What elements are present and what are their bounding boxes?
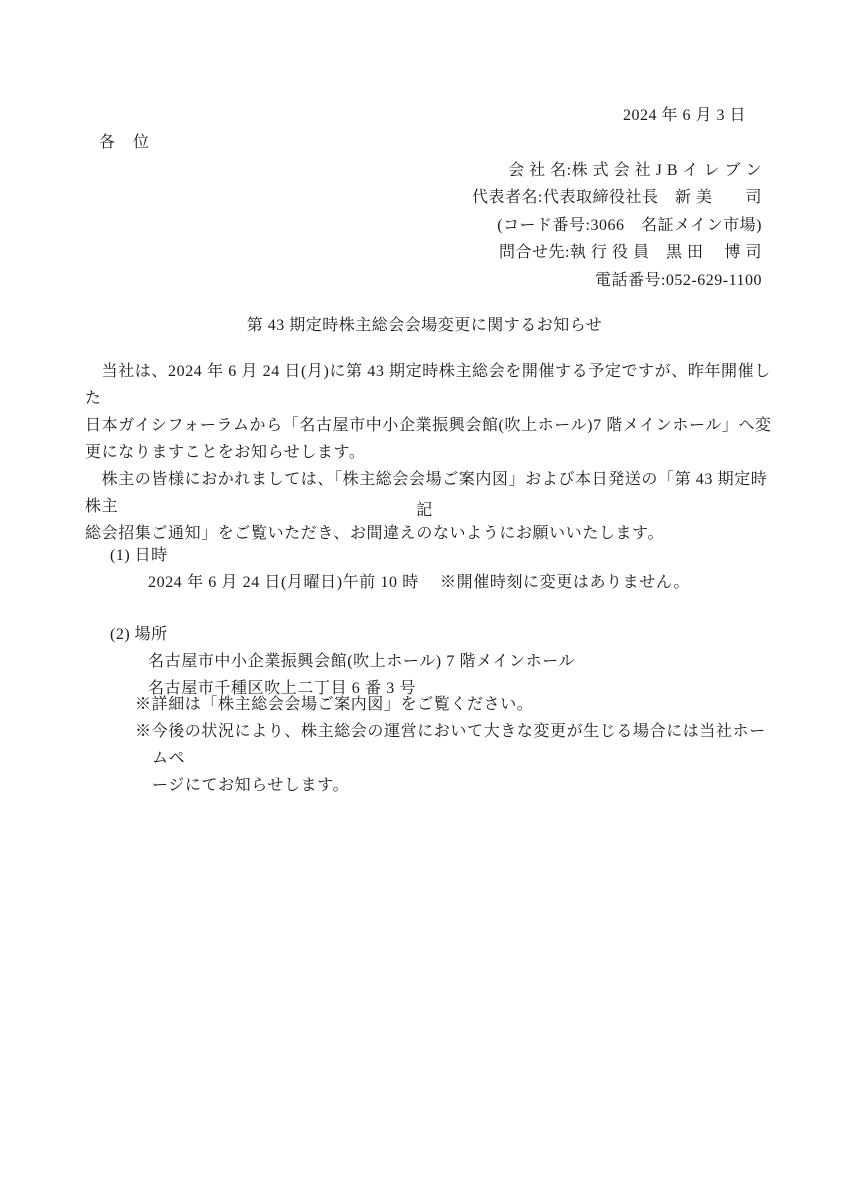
sender-phone-number: 電話番号:052-629-1100 [472,267,762,294]
detail-sections: (1) 日時 2024 年 6 月 24 日(月曜日)午前 10 時 ※開催時刻… [110,542,770,702]
footnotes: ※詳細は「株主総会会場ご案内図」をご覧ください。 ※今後の状況により、株主総会の… [135,691,775,799]
addressee: 各 位 [99,129,150,152]
footnote-guide-map: ※詳細は「株主総会会場ご案内図」をご覧ください。 [135,691,775,718]
sender-representative: 代表者名:代表取締役社長 新 美 司 [472,184,762,211]
section-datetime: (1) 日時 2024 年 6 月 24 日(月曜日)午前 10 時 ※開催時刻… [110,542,770,596]
sender-company-name: 会 社 名:株 式 会 社 J B イ レ ブ ン [472,157,762,184]
sender-info-block: 会 社 名:株 式 会 社 J B イ レ ブ ン 代表者名:代表取締役社長 新… [472,157,762,294]
sender-contact-person: 問合せ先:執 行 役 員 黒 田 博 司 [472,239,762,266]
section-venue: (2) 場所 名古屋市中小企業振興会館(吹上ホール) 7 階メインホール 名古屋… [110,621,770,702]
section-datetime-content: 2024 年 6 月 24 日(月曜日)午前 10 時 ※開催時刻に変更はありま… [148,569,770,596]
document-page: 2024 年 6 月 3 日 各 位 会 社 名:株 式 会 社 J B イ レ… [0,0,849,1200]
section-venue-heading: (2) 場所 [110,621,770,648]
body-paragraph-1: 当社は、2024 年 6 月 24 日(月)に第 43 期定時株主総会を開催する… [85,358,773,466]
record-marker: 記 [0,497,849,520]
notice-title: 第 43 期定時株主総会会場変更に関するお知らせ [0,312,849,335]
sender-stock-code: (コード番号:3066 名証メイン市場) [472,212,762,239]
footnote-homepage-notice: ※今後の状況により、株主総会の運営において大きな変更が生じる場合には当社ホームペ… [135,718,775,799]
section-datetime-heading: (1) 日時 [110,542,770,569]
document-date: 2024 年 6 月 3 日 [623,102,746,125]
